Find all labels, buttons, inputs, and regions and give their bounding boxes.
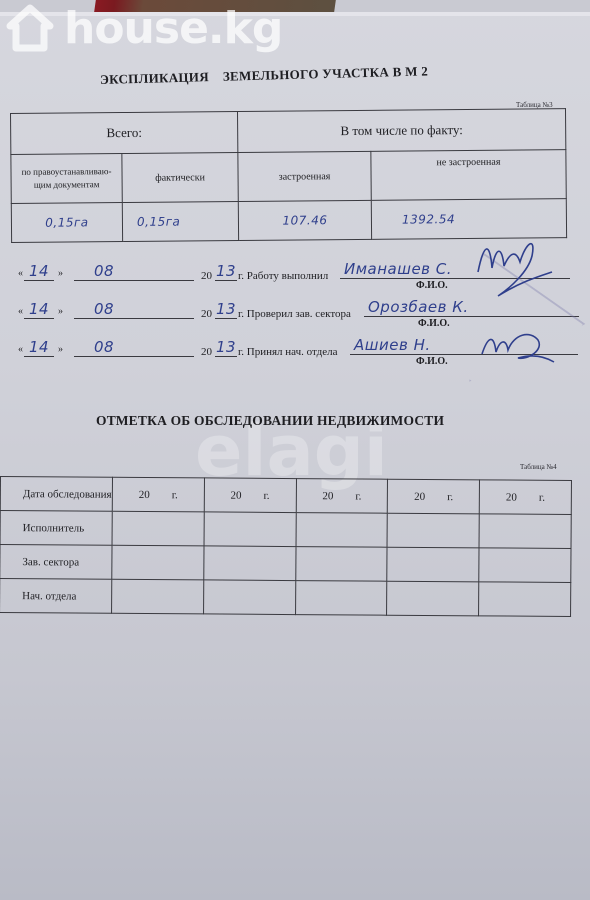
year-unit: г. <box>264 489 270 501</box>
year-prefix: 20 <box>201 346 212 358</box>
year-unit: г. <box>172 489 178 501</box>
inspection-title: ОТМЕТКА ОБ ОБСЛЕДОВАНИИ НЕДВИЖИМОСТИ <box>96 413 444 429</box>
empty-cell <box>479 548 571 583</box>
month-value: 08 <box>74 338 194 357</box>
empty-cell <box>296 513 388 548</box>
row-label: Зав. сектора <box>0 545 112 580</box>
table-4-label: Таблица №4 <box>520 463 557 471</box>
date-cell: 20г. <box>204 478 296 513</box>
house-kg-watermark: house.kg <box>4 2 282 54</box>
empty-cell <box>479 514 571 549</box>
header-not-built: не застроенная <box>371 150 566 201</box>
signature-scribble-1 <box>470 232 560 302</box>
empty-cell <box>387 513 479 548</box>
explication-table: Всего: В том числе по факту: по правоуст… <box>10 108 567 243</box>
explication-title: ЭКСПЛИКАЦИЯЗЕМЕЛЬНОГО УЧАСТКА В М 2 <box>100 63 428 88</box>
quote-open: « <box>18 306 23 317</box>
signature-scribble-2 <box>478 326 558 366</box>
header-including-actual: В том числе по факту: <box>237 109 565 153</box>
year-prefix: 20 <box>414 490 425 502</box>
month-value: 08 <box>74 262 194 281</box>
header-by-documents-line2: щим документам <box>34 179 100 190</box>
year-unit: г. <box>238 308 244 320</box>
year-prefix: 20 <box>322 490 333 502</box>
date-cell: 20г. <box>479 480 571 515</box>
year-prefix: 20 <box>139 488 150 500</box>
empty-cell <box>387 581 479 616</box>
quote-close: » <box>58 344 63 355</box>
quote-close: » <box>58 268 63 279</box>
value-built: 107.46 <box>238 200 371 240</box>
empty-cell <box>295 581 387 616</box>
value-by-documents: 0,15га <box>11 203 122 243</box>
year-prefix: 20 <box>231 489 242 501</box>
fio-label: Ф.И.О. <box>416 280 448 291</box>
date-cell: 20г. <box>112 477 204 512</box>
title-part-1: ЭКСПЛИКАЦИЯ <box>100 69 209 87</box>
empty-cell <box>112 545 204 580</box>
fio-label: Ф.И.О. <box>416 356 448 367</box>
house-icon <box>4 2 56 54</box>
year-unit: г. <box>355 490 361 502</box>
header-total: Всего: <box>11 112 238 155</box>
header-built: застроенная <box>238 151 371 201</box>
empty-cell <box>112 511 204 546</box>
quote-open: « <box>18 344 23 355</box>
date-cell: 20г. <box>388 479 480 514</box>
empty-cell <box>203 580 295 615</box>
table-row: Зав. сектора <box>0 545 571 583</box>
empty-cell <box>204 546 296 581</box>
table-row: Нач. отдела <box>0 579 571 617</box>
year-prefix: 20 <box>201 308 212 320</box>
table-row: Исполнитель <box>0 511 571 549</box>
role-label: г. Проверил зав. сектора <box>238 308 351 320</box>
day-value: 14 <box>24 300 54 319</box>
year-unit: г. <box>539 491 545 503</box>
year-suffix: 13 <box>215 338 237 357</box>
year-unit: г. <box>238 346 244 358</box>
quote-open: « <box>18 268 23 279</box>
header-actual: фактически <box>122 153 238 203</box>
fio-label: Ф.И.О. <box>418 318 450 329</box>
role-text: Работу выполнил <box>247 270 328 282</box>
header-by-documents: по правоустанавливаю- щим документам <box>11 154 122 204</box>
empty-cell <box>479 582 571 617</box>
year-unit: г. <box>447 491 453 503</box>
year-suffix: 13 <box>215 300 237 319</box>
role-label: г. Принял нач. отдела <box>238 346 338 358</box>
empty-cell <box>387 547 479 582</box>
year-unit: г. <box>238 270 244 282</box>
quote-close: » <box>58 306 63 317</box>
watermark-brand: house.kg <box>64 3 282 54</box>
empty-cell <box>295 547 387 582</box>
year-prefix: 20 <box>506 491 517 503</box>
row-label: Исполнитель <box>0 511 112 546</box>
role-label: г. Работу выполнил <box>238 270 328 282</box>
table-row: Дата обследования 20г. 20г. 20г. 20г. 20… <box>0 477 571 515</box>
day-value: 14 <box>24 262 54 281</box>
role-text: Проверил зав. сектора <box>247 308 351 320</box>
role-text: Принял нач. отдела <box>247 346 338 358</box>
month-value: 08 <box>74 300 194 319</box>
header-by-documents-line1: по правоустанавливаю- <box>22 166 112 177</box>
title-part-2: ЗЕМЕЛЬНОГО УЧАСТКА В М 2 <box>223 63 429 83</box>
empty-cell <box>204 512 296 547</box>
inspection-table: Дата обследования 20г. 20г. 20г. 20г. 20… <box>0 476 572 617</box>
year-suffix: 13 <box>215 262 237 281</box>
day-value: 14 <box>24 338 54 357</box>
value-actual: 0,15га <box>122 202 238 242</box>
year-prefix: 20 <box>201 270 212 282</box>
row-label: Дата обследования <box>0 477 112 512</box>
row-label: Нач. отдела <box>0 579 112 614</box>
date-cell: 20г. <box>296 479 388 514</box>
empty-cell <box>112 579 204 614</box>
